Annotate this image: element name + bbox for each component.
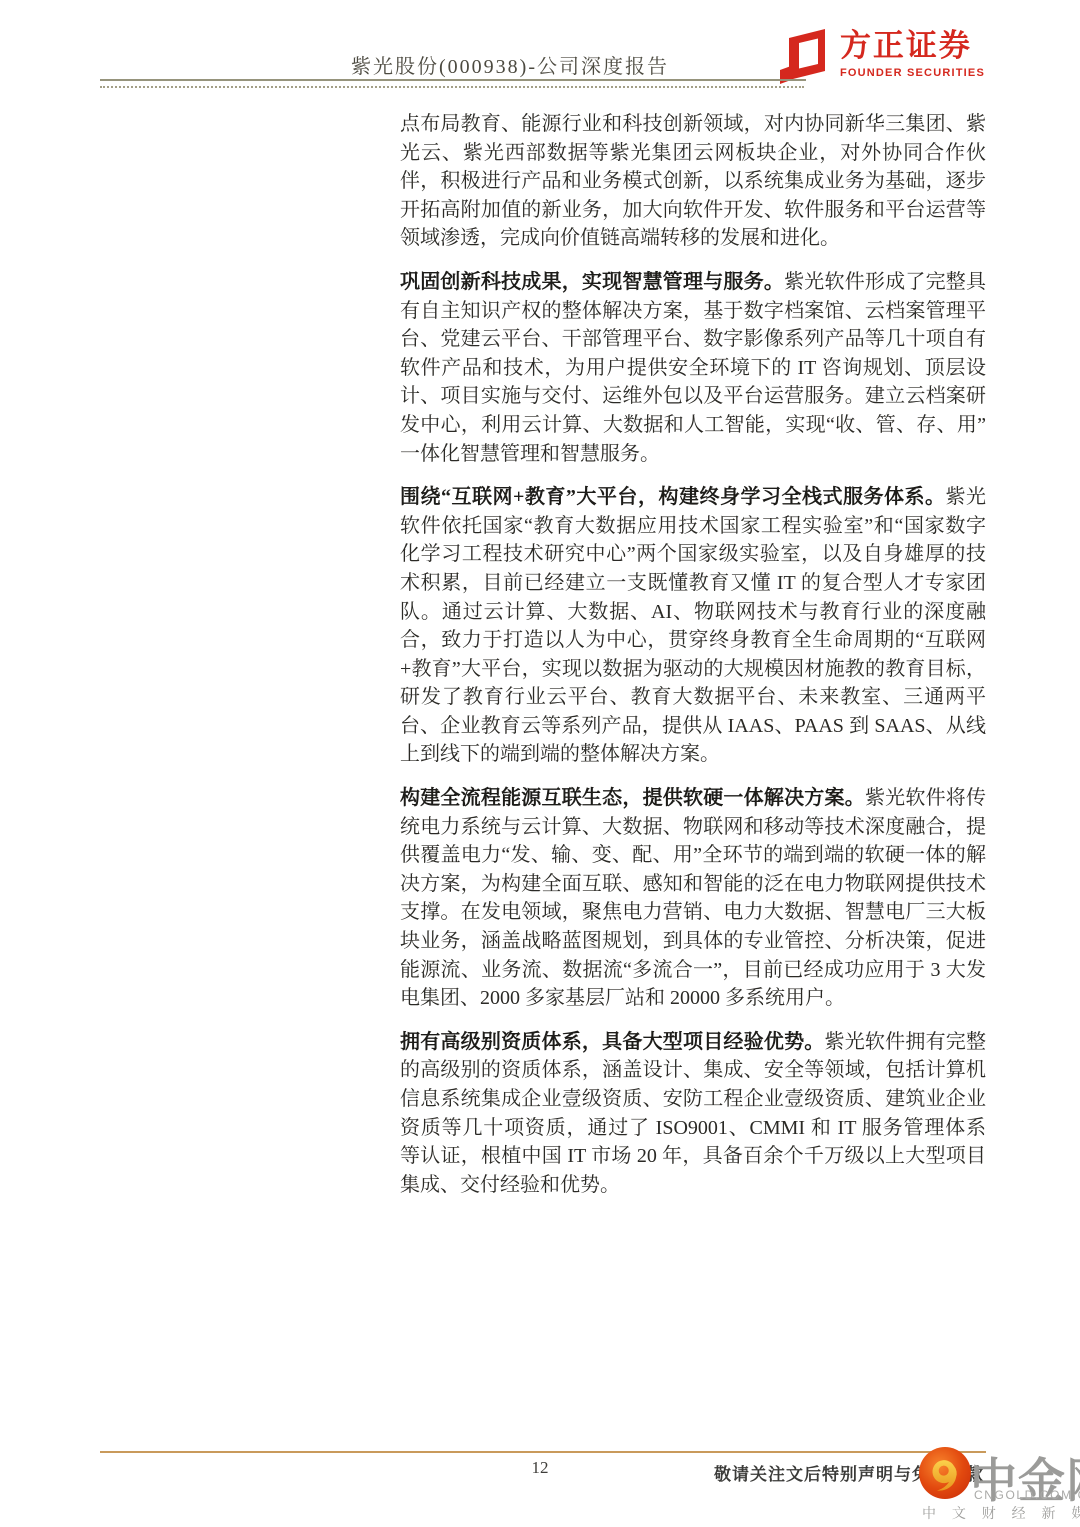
paragraph-qualifications: 拥有高级别资质体系，具备大型项目经验优势。紫光软件拥有完整的高级别的资质体系，涵… bbox=[400, 1028, 986, 1200]
paragraph-text: 紫光软件依托国家“教育大数据应用技术国家工程实验室”和“国家数字化学习工程技术研… bbox=[400, 486, 986, 765]
cngold-logo-icon bbox=[918, 1446, 972, 1500]
founder-securities-logo: 方正证券 FOUNDER SECURITIES bbox=[776, 26, 985, 84]
founder-brand-cn: 方正证券 bbox=[840, 30, 985, 61]
founder-brand-en: FOUNDER SECURITIES bbox=[840, 68, 985, 79]
report-page: 紫光股份(000938)-公司深度报告 方正证券 FOUNDER SECURIT… bbox=[0, 0, 1080, 1527]
paragraph-internet-education: 围绕“互联网+教育”大平台，构建终身学习全栈式服务体系。紫光软件依托国家“教育大… bbox=[400, 483, 986, 769]
report-body: 点布局教育、能源行业和科技创新领域，对内协同新华三集团、紫光云、紫光西部数据等紫… bbox=[400, 110, 986, 1214]
paragraph-text: 紫光软件形成了完整具有自主知识产权的整体解决方案，基于数字档案馆、云档案管理平台… bbox=[400, 271, 986, 465]
cngold-site-url: CNGOLD.COM.CN bbox=[974, 1488, 1080, 1502]
paragraph-text: 紫光软件将传统电力系统与云计算、大数据、物联网和移动等技术深度融合，提供覆盖电力… bbox=[400, 787, 986, 1009]
founder-logo-text: 方正证券 FOUNDER SECURITIES bbox=[840, 26, 985, 79]
paragraph-lead: 围绕“互联网+教育”大平台，构建终身学习全栈式服务体系。 bbox=[400, 486, 946, 508]
founder-logo-icon bbox=[776, 26, 832, 84]
paragraph-continuation: 点布局教育、能源行业和科技创新领域，对内协同新华三集团、紫光云、紫光西部数据等紫… bbox=[400, 110, 986, 253]
paragraph-text: 点布局教育、能源行业和科技创新领域，对内协同新华三集团、紫光云、紫光西部数据等紫… bbox=[400, 113, 986, 249]
paragraph-energy-ecosystem: 构建全流程能源互联生态，提供软硬一体解决方案。紫光软件将传统电力系统与云计算、大… bbox=[400, 784, 986, 1013]
paragraph-smart-management: 巩固创新科技成果，实现智慧管理与服务。紫光软件形成了完整具有自主知识产权的整体解… bbox=[400, 268, 986, 468]
paragraph-lead: 巩固创新科技成果，实现智慧管理与服务。 bbox=[400, 271, 784, 293]
footer-rule bbox=[100, 1451, 986, 1453]
header-rule-solid bbox=[100, 79, 806, 81]
paragraph-text: 紫光软件拥有完整的高级别的资质体系，涵盖设计、集成、安全等领域，包括计算机信息系… bbox=[400, 1031, 986, 1196]
cngold-tagline: 中 文 财 经 新 媒 体 bbox=[922, 1503, 1080, 1523]
paragraph-lead: 构建全流程能源互联生态，提供软硬一体解决方案。 bbox=[400, 787, 865, 809]
header-rule-dotted bbox=[100, 86, 804, 88]
paragraph-lead: 拥有高级别资质体系，具备大型项目经验优势。 bbox=[400, 1031, 825, 1053]
